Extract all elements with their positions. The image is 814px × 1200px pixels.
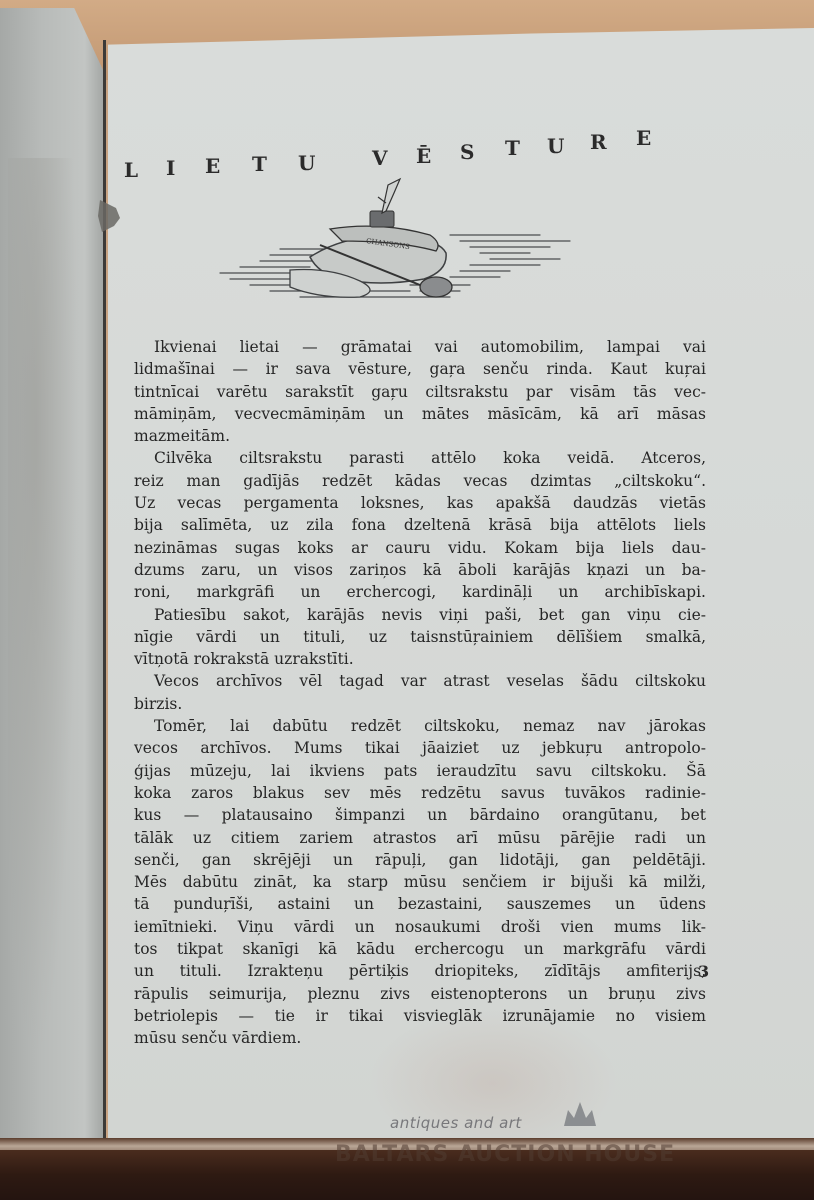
text-line: reiz man gadījās redzēt kādas vecas dzim… <box>134 470 706 492</box>
text-line: tālāk uz citiem zariem atrastos arī mūsu… <box>134 827 706 849</box>
title-letter: L <box>124 158 138 182</box>
book-cover-left <box>0 8 106 1148</box>
text-line: Cilvēka ciltsrakstu parasti attēlo koka … <box>134 447 706 469</box>
title-letter: T <box>252 152 267 176</box>
text-line: birzis. <box>134 693 706 715</box>
text-line: vecos archīvos. Mums tikai jāaiziet uz j… <box>134 737 706 759</box>
text-line: nezināmas sugas koks ar cauru vidu. Koka… <box>134 537 706 559</box>
text-line: mazmeitām. <box>134 425 706 447</box>
text-line: vītņotā rokrakstā uzrakstīti. <box>134 648 706 670</box>
torn-paper-tab <box>96 196 122 236</box>
title-letter: I <box>166 156 175 180</box>
page-number: 3 <box>698 962 709 981</box>
watermark-brand: BALTARS AUCTION HOUSE <box>335 1142 675 1167</box>
text-line: senči, gan skrējēji un rāpuļi, gan lidot… <box>134 849 706 871</box>
text-line: tintnīcai varētu sarakstīt gaŗu ciltsrak… <box>134 381 706 403</box>
text-line: Uz vecas pergamenta loksnes, kas apakšā … <box>134 492 706 514</box>
text-line: lidmašīnai — ir sava vēsture, gaŗa senču… <box>134 358 706 380</box>
text-line: rāpulis seimurija, pleznu zivs eistenopt… <box>134 983 706 1005</box>
title-letter: S <box>460 140 474 164</box>
text-line: Mēs dabūtu zināt, ka starp mūsu senčiem … <box>134 871 706 893</box>
title-letter: U <box>547 134 564 158</box>
crown-icon <box>562 1100 598 1130</box>
quill-inkwell-vignette: CHANSONS <box>210 175 590 315</box>
text-line: mūsu senču vārdiem. <box>134 1027 706 1049</box>
text-line: koka zaros blakus sev mēs redzētu savus … <box>134 782 706 804</box>
title-letter: V <box>372 146 388 170</box>
title-letter: U <box>298 151 315 175</box>
text-line: iemītnieki. Viņu vārdi un nosaukumi droš… <box>134 916 706 938</box>
title-letter: Ē <box>416 144 431 168</box>
text-line: un tituli. Izrakteņu pērtiķis driopiteks… <box>134 960 706 982</box>
text-line: Vecos archīvos vēl tagad var atrast vese… <box>134 670 706 692</box>
text-line: Patiesību sakot, karājās nevis viņi paši… <box>134 604 706 626</box>
text-line: ģijas mūzeju, lai ikviens pats ieraudzīt… <box>134 760 706 782</box>
text-line: dzums zaru, un visos zariņos kā āboli ka… <box>134 559 706 581</box>
text-line: Ikvienai lietai — grāmatai vai automobil… <box>134 336 706 358</box>
text-line: māmiņām, vecvecmāmiņām un mātes māsīcām,… <box>134 403 706 425</box>
body-text: Ikvienai lietai — grāmatai vai automobil… <box>134 336 706 1050</box>
text-line: tā punduŗīši, astaini un bezastaini, sau… <box>134 893 706 915</box>
text-line: Tomēr, lai dabūtu redzēt ciltskoku, nema… <box>134 715 706 737</box>
text-line: betriolepis — tie ir tikai visvieglāk iz… <box>134 1005 706 1027</box>
text-line: bija salīmēta, uz zila fona dzeltenā krā… <box>134 514 706 536</box>
title-letter: T <box>505 136 520 160</box>
text-line: kus — platausaino šimpanzi un bārdaino o… <box>134 804 706 826</box>
watermark-tagline: antiques and art <box>390 1114 522 1132</box>
title-letter: E <box>636 126 651 150</box>
title-letter: R <box>590 130 607 154</box>
text-line: nīgie vārdi un tituli, uz taisnstūŗainie… <box>134 626 706 648</box>
text-line: tos tikpat skanīgi kā kādu erchercogu un… <box>134 938 706 960</box>
text-line: roni, markgrāfi un erchercogi, kardināļi… <box>134 581 706 603</box>
